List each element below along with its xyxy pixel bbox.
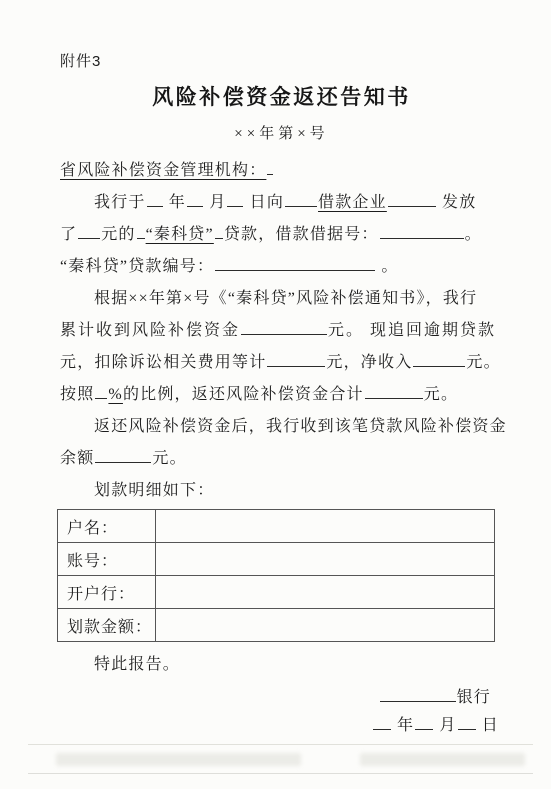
blank-field bbox=[380, 226, 464, 239]
paragraph2-line2: 累计收到风险补偿资金元。 现追回逾期贷款 bbox=[60, 315, 503, 347]
table-row: 户名： bbox=[58, 510, 495, 543]
document-title: 风险补偿资金返还告知书 bbox=[60, 81, 503, 111]
scan-smudge bbox=[56, 753, 301, 766]
text-segment: 余额 bbox=[60, 450, 94, 467]
transfer-amount-label: 划款金额： bbox=[58, 609, 156, 642]
document-body: 省风险补偿资金管理机构： 我行于 年 月 日向借款企业 发放 了元的“秦科贷”贷… bbox=[60, 155, 503, 507]
blank-field bbox=[365, 386, 423, 399]
attachment-label: 附件3 bbox=[60, 50, 503, 71]
transfer-amount-value bbox=[156, 609, 495, 642]
blank-field bbox=[187, 194, 203, 207]
signature-bank-line: 银行 bbox=[60, 684, 491, 712]
blank-field bbox=[413, 354, 465, 367]
text-segment: 。 bbox=[465, 226, 482, 243]
salutation-line: 省风险补偿资金管理机构： bbox=[60, 155, 503, 187]
table-row: 开户行： bbox=[58, 576, 495, 609]
account-name-value bbox=[156, 510, 495, 543]
account-number-label: 账号： bbox=[58, 543, 156, 576]
text-segment: 元。 bbox=[424, 386, 458, 403]
blank-field bbox=[215, 258, 375, 271]
text-segment: 贷款，借款借据号： bbox=[224, 226, 379, 243]
text-segment: 银行 bbox=[457, 689, 491, 706]
text-segment: “秦科贷”贷款编号： bbox=[60, 258, 214, 275]
document-number: ××年第×号 bbox=[60, 122, 503, 143]
blank-field bbox=[285, 194, 317, 207]
table-row: 划款金额： bbox=[58, 609, 495, 642]
signature-date-line: 年 月 日 bbox=[60, 712, 499, 740]
blank-field bbox=[227, 194, 243, 207]
closing-statement: 特此报告。 bbox=[60, 650, 503, 680]
blank-field bbox=[78, 226, 100, 239]
underlined-text: 借款企业 bbox=[318, 194, 387, 211]
text-segment: 的比例，返还风险补偿资金合计 bbox=[123, 386, 364, 403]
paragraph1-line3: “秦科贷”贷款编号： 。 bbox=[60, 251, 503, 283]
text-segment: 年 bbox=[164, 194, 186, 211]
underlined-text: % bbox=[108, 386, 123, 403]
blank-field bbox=[147, 194, 163, 207]
text-segment: 月 bbox=[434, 717, 456, 734]
paragraph2-line3: 元，扣除诉讼相关费用等计元，净收入元。 bbox=[60, 347, 503, 379]
blank-field bbox=[380, 689, 456, 702]
blank-field bbox=[95, 450, 151, 463]
text-segment: 日 bbox=[477, 717, 499, 734]
underlined-text: “秦科贷” bbox=[146, 226, 214, 243]
table-row: 账号： bbox=[58, 543, 495, 576]
text-segment: 年 bbox=[392, 717, 414, 734]
text-segment: 元，扣除诉讼相关费用等计 bbox=[60, 354, 266, 371]
text-segment: 按照 bbox=[60, 386, 94, 403]
transfer-details-table: 户名： 账号： 开户行： 划款金额： bbox=[57, 509, 495, 642]
blank-field bbox=[388, 194, 436, 207]
paragraph2-line1: 根据××年第×号《“秦科贷”风险补偿通知书》，我行 bbox=[60, 283, 503, 315]
text-segment: 元的 bbox=[101, 226, 135, 243]
account-name-label: 户名： bbox=[58, 510, 156, 543]
blank-field bbox=[215, 226, 223, 239]
blank-field bbox=[95, 386, 107, 399]
text-segment: 了 bbox=[60, 226, 77, 243]
signature-block: 银行 年 月 日 bbox=[60, 684, 503, 740]
text-segment: 元。 bbox=[466, 354, 500, 371]
paragraph3-line1: 返还风险补偿资金后，我行收到该笔贷款风险补偿资金 bbox=[60, 411, 503, 443]
bank-branch-value bbox=[156, 576, 495, 609]
paragraph3-line2: 余额元。 bbox=[60, 443, 503, 475]
scan-artifact-band bbox=[28, 744, 533, 774]
paragraph2-line4: 按照%的比例，返还风险补偿资金合计元。 bbox=[60, 379, 503, 411]
transfer-details-heading: 划款明细如下： bbox=[60, 475, 503, 507]
blank-field bbox=[137, 226, 145, 239]
scanned-document-page: 附件3 风险补偿资金返还告知书 ××年第×号 省风险补偿资金管理机构： 我行于 … bbox=[0, 0, 551, 789]
blank-field bbox=[373, 717, 391, 730]
text-segment: 元，净收入 bbox=[326, 354, 412, 371]
blank-field bbox=[241, 322, 327, 335]
account-number-value bbox=[156, 543, 495, 576]
text-segment: 元。 bbox=[152, 450, 186, 467]
text-segment: 返还风险补偿资金后，我行收到该笔贷款风险补偿资金 bbox=[94, 418, 507, 435]
scan-smudge bbox=[360, 753, 525, 766]
text-segment: 日向 bbox=[244, 194, 284, 211]
paragraph1-line1: 我行于 年 月 日向借款企业 发放 bbox=[60, 187, 503, 219]
text-segment: 累计收到风险补偿资金 bbox=[60, 322, 240, 339]
blank-field bbox=[267, 354, 325, 367]
underlined-text: 省风险补偿资金管理机构： bbox=[60, 162, 266, 179]
text-segment: 我行于 bbox=[94, 194, 146, 211]
blank-field bbox=[458, 717, 476, 730]
bank-branch-label: 开户行： bbox=[58, 576, 156, 609]
blank-field bbox=[267, 162, 273, 175]
text-segment: 划款明细如下： bbox=[94, 482, 214, 499]
blank-field bbox=[415, 717, 433, 730]
text-segment: 。 bbox=[376, 258, 398, 275]
text-segment: 根据××年第×号《“秦科贷”风险补偿通知书》，我行 bbox=[94, 290, 477, 307]
text-segment: 月 bbox=[204, 194, 226, 211]
paragraph1-line2: 了元的“秦科贷”贷款，借款借据号：。 bbox=[60, 219, 503, 251]
text-segment: 发放 bbox=[437, 194, 477, 211]
text-segment: 元。 现追回逾期贷款 bbox=[328, 322, 496, 339]
